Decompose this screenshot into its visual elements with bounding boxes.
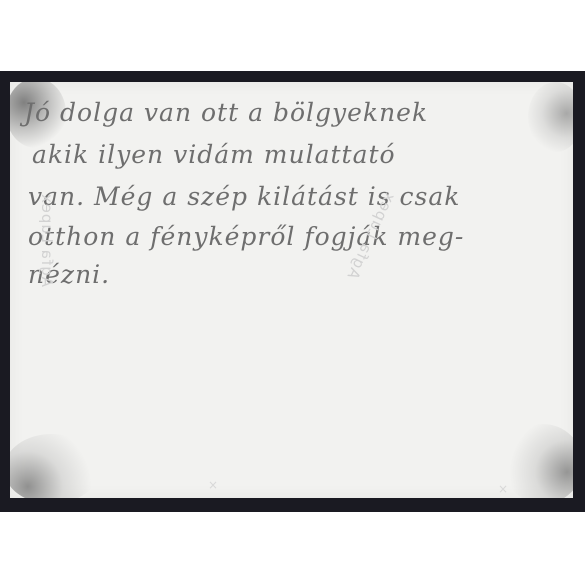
corner-stain-bottom-left xyxy=(10,434,99,498)
note-line-4: otthon a fényképről fogják meg- xyxy=(28,222,464,251)
photo-back-card: Jó dolga van ott a bölgyeknek akik ilyen… xyxy=(10,82,573,498)
faint-mark: × xyxy=(498,482,508,496)
corner-stain-bottom-right xyxy=(503,424,573,498)
photo-frame: Jó dolga van ott a bölgyeknek akik ilyen… xyxy=(0,71,585,512)
note-line-1: Jó dolga van ott a bölgyeknek xyxy=(24,98,428,127)
faint-mark: × xyxy=(208,478,218,492)
paper-imprint-left: Agfa Lupex xyxy=(38,193,56,287)
note-line-2: akik ilyen vidám mulattató xyxy=(32,140,396,169)
corner-stain-top-right xyxy=(528,82,573,152)
